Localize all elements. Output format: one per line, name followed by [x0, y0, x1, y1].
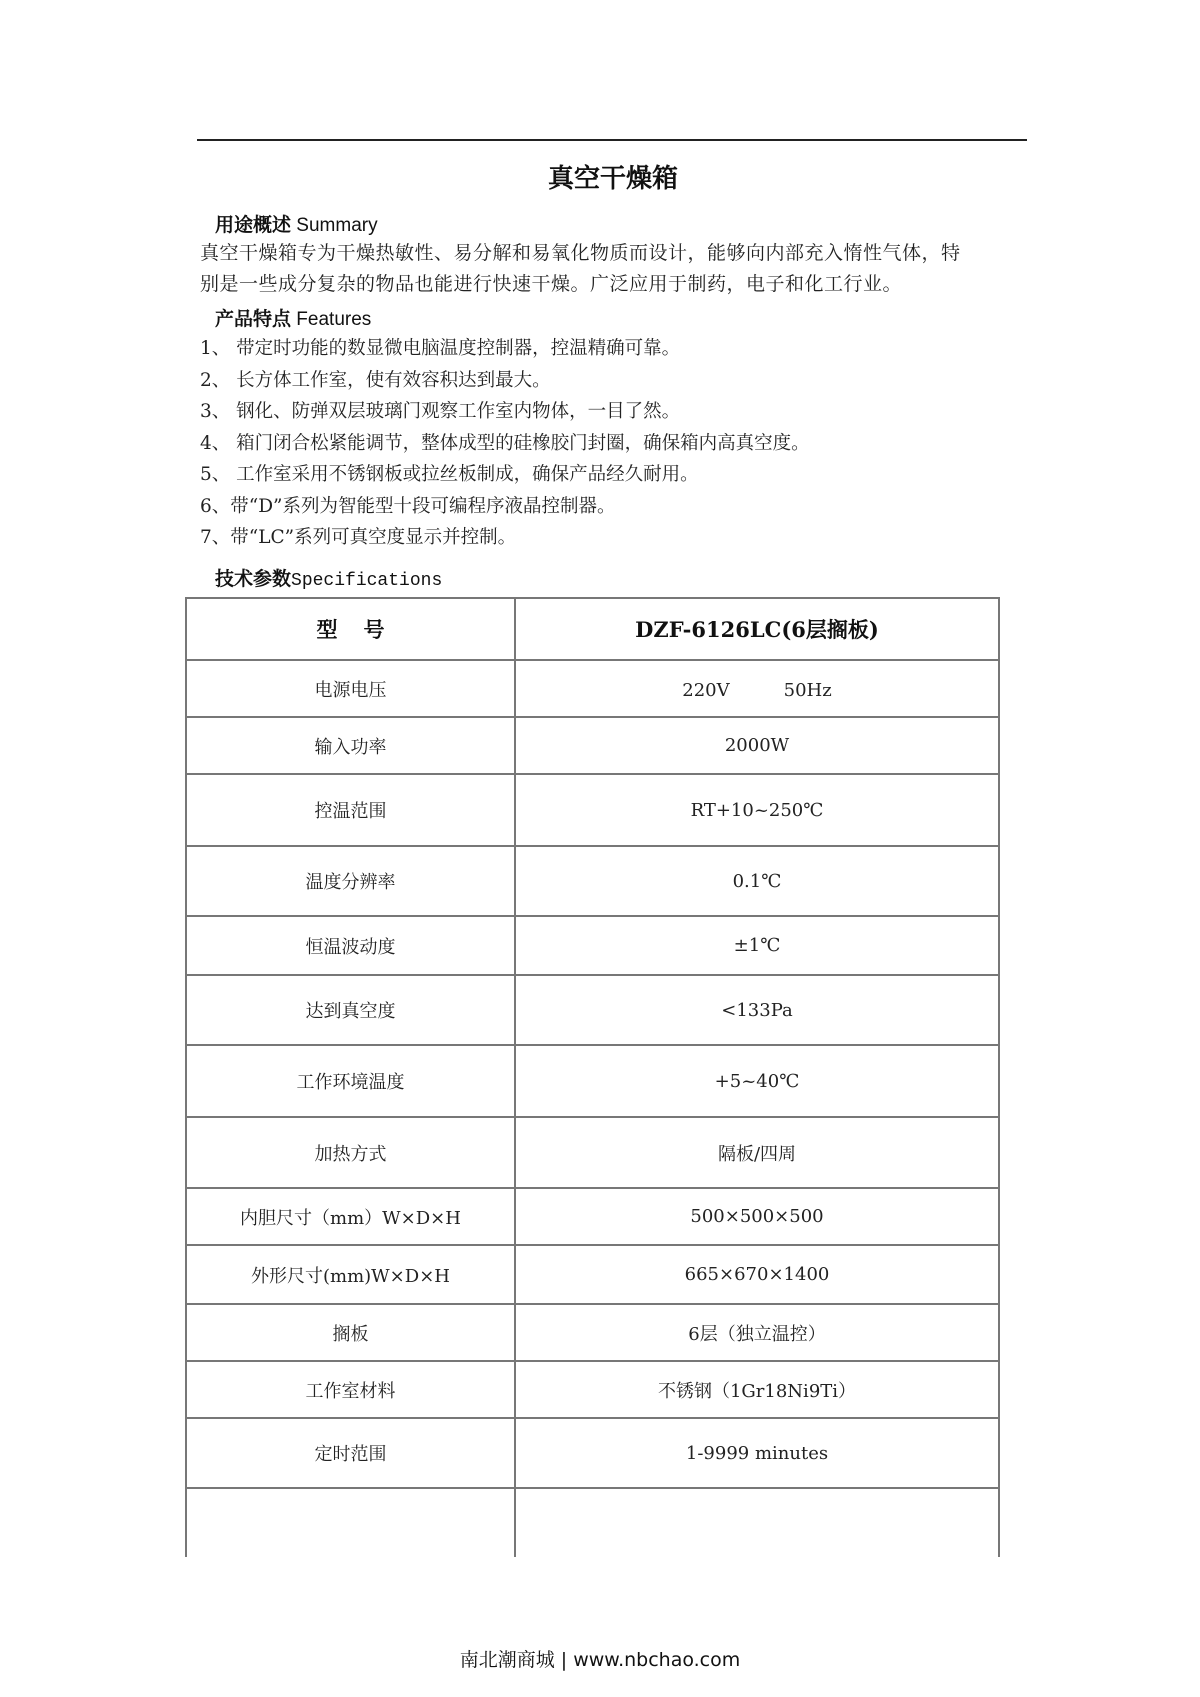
spec-value: +5~40℃ — [515, 1045, 999, 1117]
spec-value: 220V 50Hz — [515, 660, 999, 717]
spec-value: 隔板/四周 — [515, 1117, 999, 1188]
spec-value: 不锈钢（1Gr18Ni9Ti） — [515, 1361, 999, 1418]
specifications-heading: 技术参数Specifications — [215, 564, 442, 591]
feature-item: 1、 带定时功能的数显微电脑温度控制器，控温精确可靠。 — [200, 333, 810, 365]
table-header-value: DZF-6126LC(6层搁板) — [515, 598, 999, 660]
summary-heading-zh: 用途概述 — [215, 215, 291, 236]
table-row: 恒温波动度 ±1℃ — [186, 916, 999, 975]
spec-key: 定时范围 — [186, 1418, 515, 1488]
specifications-heading-en: Specifications — [291, 571, 442, 591]
specifications-table: 型号 DZF-6126LC(6层搁板) 电源电压 220V 50Hz 输入功率 … — [185, 597, 1000, 1557]
table-row: 达到真空度 <133Pa — [186, 975, 999, 1045]
spec-key: 控温范围 — [186, 774, 515, 846]
spec-key: 电源电压 — [186, 660, 515, 717]
feature-item: 4、 箱门闭合松紧能调节，整体成型的硅橡胶门封圈，确保箱内高真空度。 — [200, 428, 810, 460]
table-header-key: 型号 — [186, 598, 515, 660]
table-row-empty — [186, 1488, 999, 1557]
table-row: 电源电压 220V 50Hz — [186, 660, 999, 717]
feature-item: 3、 钢化、防弹双层玻璃门观察工作室内物体，一目了然。 — [200, 396, 810, 428]
spec-key: 加热方式 — [186, 1117, 515, 1188]
spec-key: 温度分辨率 — [186, 846, 515, 916]
spec-value: 2000W — [515, 717, 999, 774]
spec-value: ±1℃ — [515, 916, 999, 975]
spec-value: 500×500×500 — [515, 1188, 999, 1245]
features-list: 1、 带定时功能的数显微电脑温度控制器，控温精确可靠。 2、 长方体工作室，使有… — [200, 333, 810, 554]
specifications-heading-zh: 技术参数 — [215, 569, 291, 590]
spec-value: <133Pa — [515, 975, 999, 1045]
header-rule — [197, 139, 1027, 141]
spec-key: 内胆尺寸（mm）W×D×H — [186, 1188, 515, 1245]
spec-value: 6层（独立温控） — [515, 1304, 999, 1361]
feature-item: 5、 工作室采用不锈钢板或拉丝板制成，确保产品经久耐用。 — [200, 459, 810, 491]
features-heading-zh: 产品特点 — [215, 309, 291, 330]
spec-key: 外形尺寸(mm)W×D×H — [186, 1245, 515, 1304]
table-row: 外形尺寸(mm)W×D×H 665×670×1400 — [186, 1245, 999, 1304]
table-row: 搁板 6层（独立温控） — [186, 1304, 999, 1361]
feature-item: 6、带“D”系列为智能型十段可编程序液晶控制器。 — [200, 491, 810, 523]
spec-key: 工作环境温度 — [186, 1045, 515, 1117]
table-row: 温度分辨率 0.1℃ — [186, 846, 999, 916]
table-row: 加热方式 隔板/四周 — [186, 1117, 999, 1188]
table-row: 输入功率 2000W — [186, 717, 999, 774]
spec-key: 达到真空度 — [186, 975, 515, 1045]
summary-paragraph: 真空干燥箱专为干燥热敏性、易分解和易氧化物质而设计，能够向内部充入惰性气体，特 … — [200, 238, 1040, 300]
summary-heading: 用途概述 Summary — [215, 210, 378, 237]
summary-line: 别是一些成分复杂的物品也能进行快速干燥。广泛应用于制药，电子和化工行业。 — [200, 269, 1040, 300]
table-row: 定时范围 1-9999 minutes — [186, 1418, 999, 1488]
spec-value — [515, 1488, 999, 1557]
features-heading-en: Features — [296, 309, 371, 330]
spec-key: 输入功率 — [186, 717, 515, 774]
features-heading: 产品特点 Features — [215, 304, 371, 331]
summary-line: 真空干燥箱专为干燥热敏性、易分解和易氧化物质而设计，能够向内部充入惰性气体，特 — [200, 238, 1040, 269]
table-row: 控温范围 RT+10~250℃ — [186, 774, 999, 846]
table-row: 内胆尺寸（mm）W×D×H 500×500×500 — [186, 1188, 999, 1245]
footer-watermark: 南北潮商城 | www.nbchao.com — [0, 1645, 1200, 1672]
spec-value: 665×670×1400 — [515, 1245, 999, 1304]
spec-key: 工作室材料 — [186, 1361, 515, 1418]
feature-item: 7、带“LC”系列可真空度显示并控制。 — [200, 522, 810, 554]
spec-value: RT+10~250℃ — [515, 774, 999, 846]
table-header-row: 型号 DZF-6126LC(6层搁板) — [186, 598, 999, 660]
table-row: 工作环境温度 +5~40℃ — [186, 1045, 999, 1117]
feature-item: 2、 长方体工作室，使有效容积达到最大。 — [200, 365, 810, 397]
spec-key — [186, 1488, 515, 1557]
summary-heading-en: Summary — [296, 215, 377, 236]
table-row: 工作室材料 不锈钢（1Gr18Ni9Ti） — [186, 1361, 999, 1418]
document-title: 真空干燥箱 — [0, 158, 1200, 195]
spec-key: 搁板 — [186, 1304, 515, 1361]
spec-key: 恒温波动度 — [186, 916, 515, 975]
spec-value: 0.1℃ — [515, 846, 999, 916]
spec-value: 1-9999 minutes — [515, 1418, 999, 1488]
